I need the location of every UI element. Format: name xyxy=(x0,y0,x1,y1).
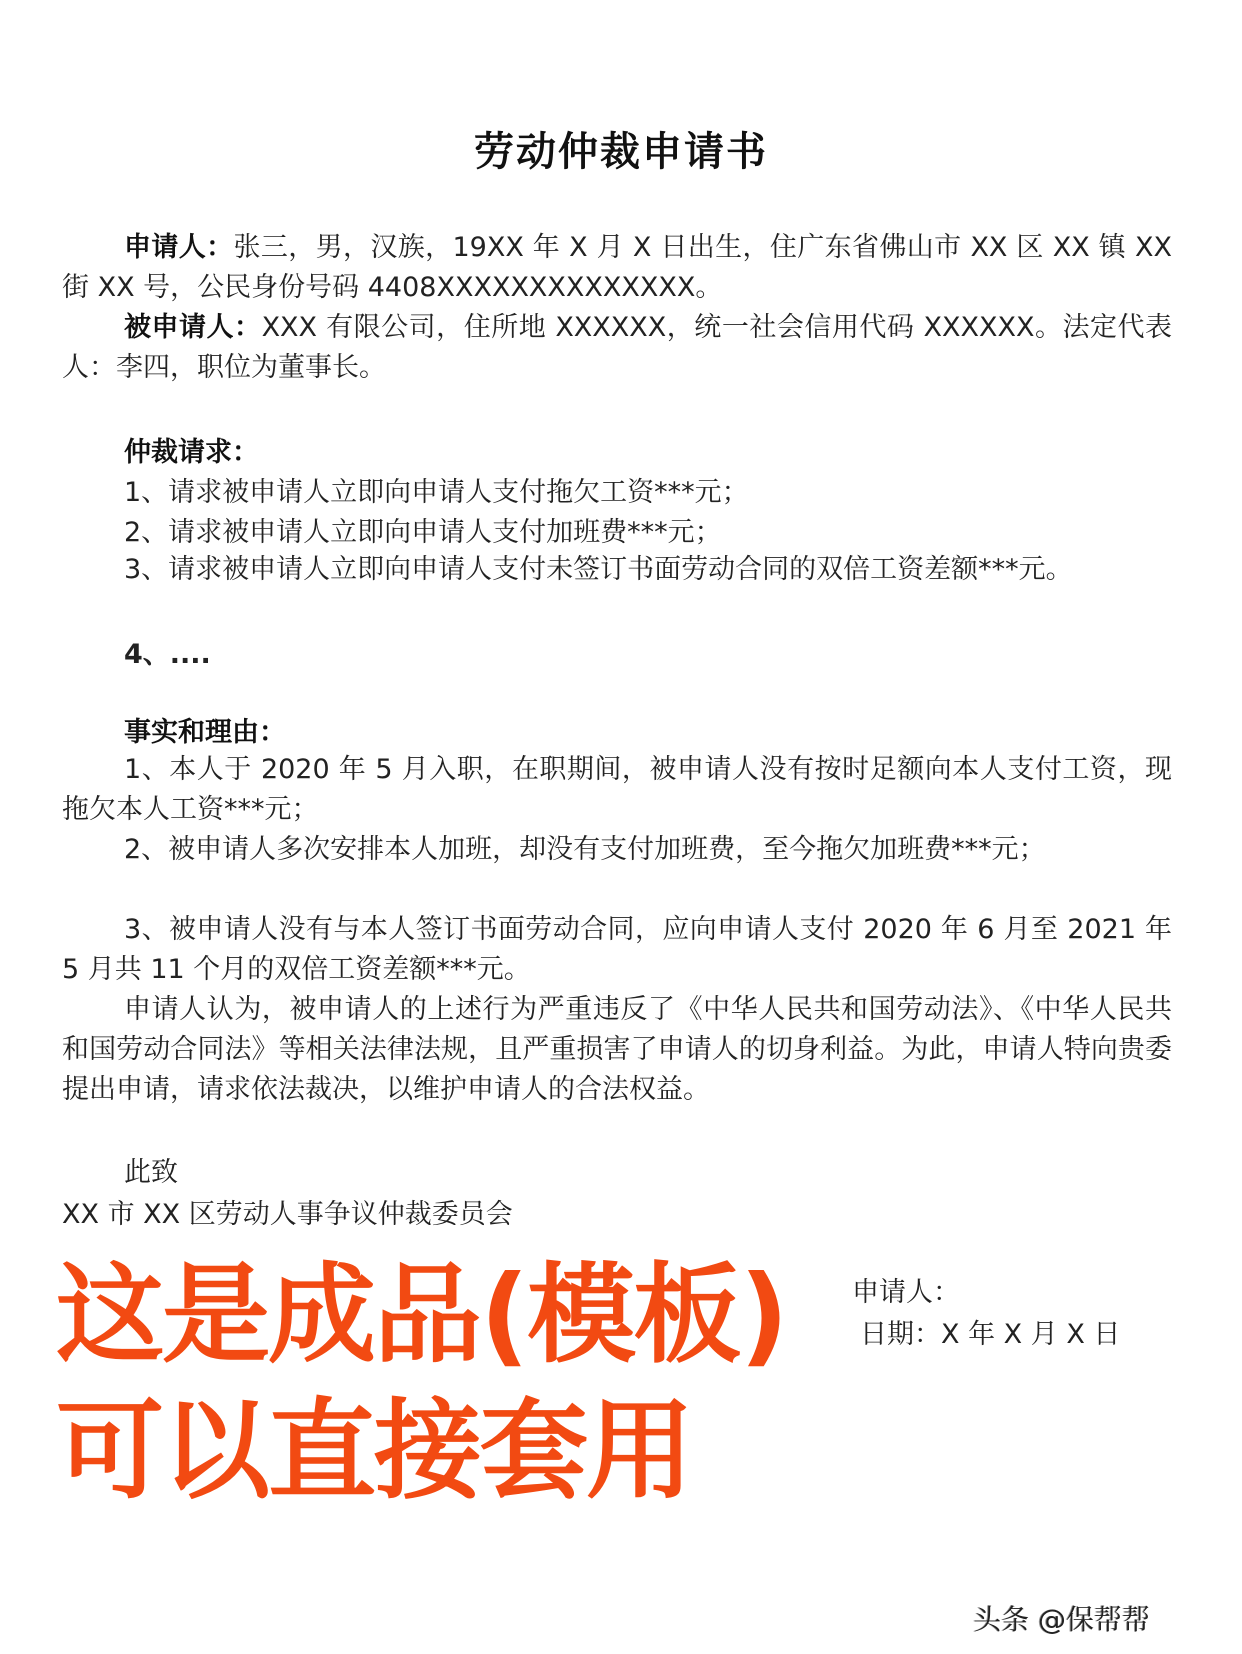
respondent-paragraph: 被申请人：XXX 有限公司，住所地 XXXXXX，统一社会信用代码 XXXXXX… xyxy=(62,308,1172,388)
respondent-label: 被申请人： xyxy=(124,312,262,343)
fact-item: 3、被申请人没有与本人签订书面劳动合同，应向申请人支付 2020 年 6 月至 … xyxy=(62,910,1172,990)
applicant-paragraph: 申请人：张三，男，汉族，19XX 年 X 月 X 日出生，住广东省佛山市 XX … xyxy=(62,228,1172,308)
claim-item: 1、请求被申请人立即向申请人支付拖欠工资***元； xyxy=(124,470,749,509)
fact-item: 1、本人于 2020 年 5 月入职，在职期间，被申请人没有按时足额向本人支付工… xyxy=(62,750,1172,830)
claim-item: 2、请求被申请人立即向申请人支付加班费***元； xyxy=(124,510,722,549)
claim-item: 4、.... xyxy=(124,632,211,671)
claim-item: 3、请求被申请人立即向申请人支付未签订书面劳动合同的双倍工资差额***元。 xyxy=(62,550,1172,590)
applicant-label: 申请人： xyxy=(124,232,234,263)
template-banner-line1: 这是成品(模板) xyxy=(56,1262,787,1370)
salutation: 此致 xyxy=(124,1150,178,1189)
signature-applicant: 申请人： xyxy=(852,1270,960,1309)
claims-heading: 仲裁请求： xyxy=(124,430,259,469)
facts-conclusion: 申请人认为，被申请人的上述行为严重违反了《中华人民共和国劳动法》、《中华人民共和… xyxy=(62,990,1172,1110)
fact-item: 2、被申请人多次安排本人加班，却没有支付加班费，至今拖欠加班费***元； xyxy=(62,830,1172,870)
recipient: XX 市 XX 区劳动人事争议仲裁委员会 xyxy=(62,1192,513,1231)
source-watermark: 头条 @保帮帮 xyxy=(973,1598,1150,1638)
facts-heading: 事实和理由： xyxy=(124,710,286,749)
signature-date: 日期：X 年 X 月 X 日 xyxy=(860,1312,1120,1351)
page-title: 劳动仲裁申请书 xyxy=(0,120,1242,177)
template-banner-line2: 可以直接套用 xyxy=(56,1398,692,1506)
